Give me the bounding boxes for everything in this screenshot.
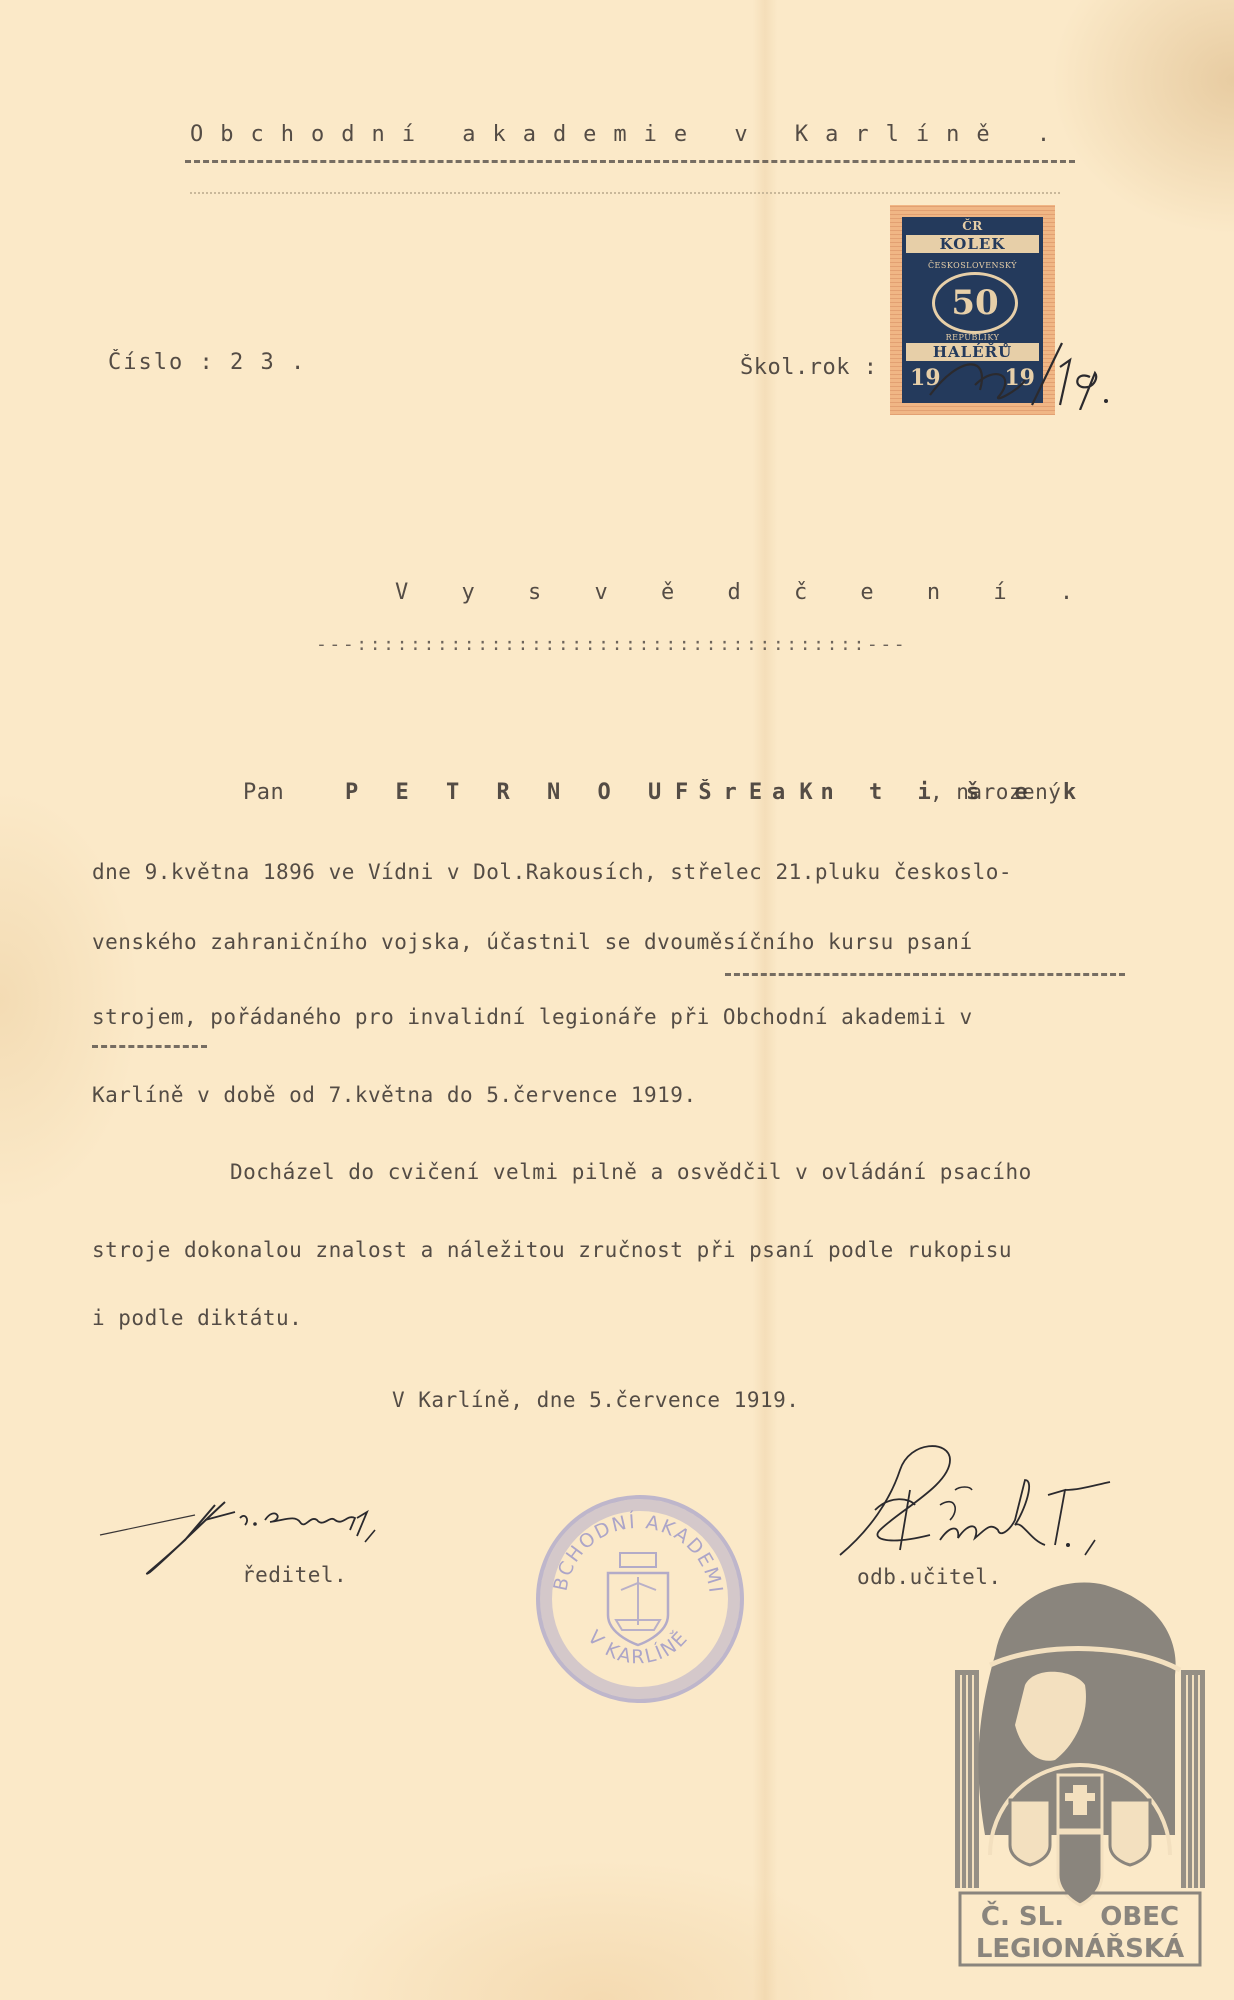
- stamp-value-oval: 50: [932, 272, 1018, 334]
- body-line-attendance: Docházel do cvičení velmi pilně a osvědč…: [230, 1160, 1032, 1184]
- teacher-signature: [810, 1430, 1140, 1560]
- body-narozeny: , narozený: [930, 780, 1061, 804]
- stamp-value: 50: [935, 283, 1015, 323]
- logo-line1: Č. SL. OBEC: [981, 1900, 1179, 1932]
- stamp-arc-top: ČESKOSLOVENSKÝ: [902, 261, 1043, 270]
- body-line-dates: Karlíně v době od 7.května do 5.července…: [92, 1083, 697, 1107]
- body-pan: Pan: [243, 780, 284, 805]
- stamp-top-text: ČR: [902, 219, 1043, 233]
- school-seal: OBCHODNÍ AKADEMIE V KARLÍNĚ: [536, 1495, 744, 1703]
- legion-watermark-logo: Č. SL. OBEC LEGIONÁŘSKÁ: [955, 1575, 1205, 1970]
- strojem-underline: [92, 1045, 207, 1048]
- body-line-skill: stroje dokonalou znalost a náležitou zru…: [92, 1238, 1012, 1262]
- director-role: ředitel.: [242, 1563, 347, 1587]
- place-date: V Karlíně, dne 5.července 1919.: [392, 1388, 799, 1412]
- body-line-birth: dne 9.května 1896 ve Vídni v Dol.Rakousí…: [92, 860, 1012, 884]
- svg-text:OBCHODNÍ AKADEMIE: OBCHODNÍ AKADEMIE: [536, 1495, 727, 1596]
- svg-text:V KARLÍNĚ: V KARLÍNĚ: [583, 1626, 693, 1669]
- heading-underline: [185, 160, 1075, 163]
- document-number: Číslo : 2 3 .: [108, 350, 306, 375]
- certificate-title: V y s v ě d č e n í .: [395, 580, 1093, 605]
- seal-emblem: OBCHODNÍ AKADEMIE V KARLÍNĚ: [536, 1495, 736, 1695]
- body-line-course: venského zahraničního vojska, účastnil s…: [92, 930, 973, 954]
- school-year-label: Škol.rok :: [740, 355, 877, 380]
- heading-dotted-line: [190, 192, 1060, 194]
- body-line-dictation: i podle diktátu.: [92, 1306, 302, 1330]
- course-underline: [725, 973, 1125, 976]
- stamp-band-top: KOLEK: [906, 235, 1039, 253]
- body-line-organized: strojem, pořádaného pro invalidní legion…: [92, 1005, 973, 1029]
- institution-heading: Obchodní akademie v Karlíně .: [190, 122, 1067, 147]
- handwritten-school-year: [920, 335, 1140, 410]
- logo-line2: LEGIONÁŘSKÁ: [976, 1932, 1184, 1964]
- title-underline: ---:::::::::::::::::::::::::::::::::::::…: [316, 640, 907, 650]
